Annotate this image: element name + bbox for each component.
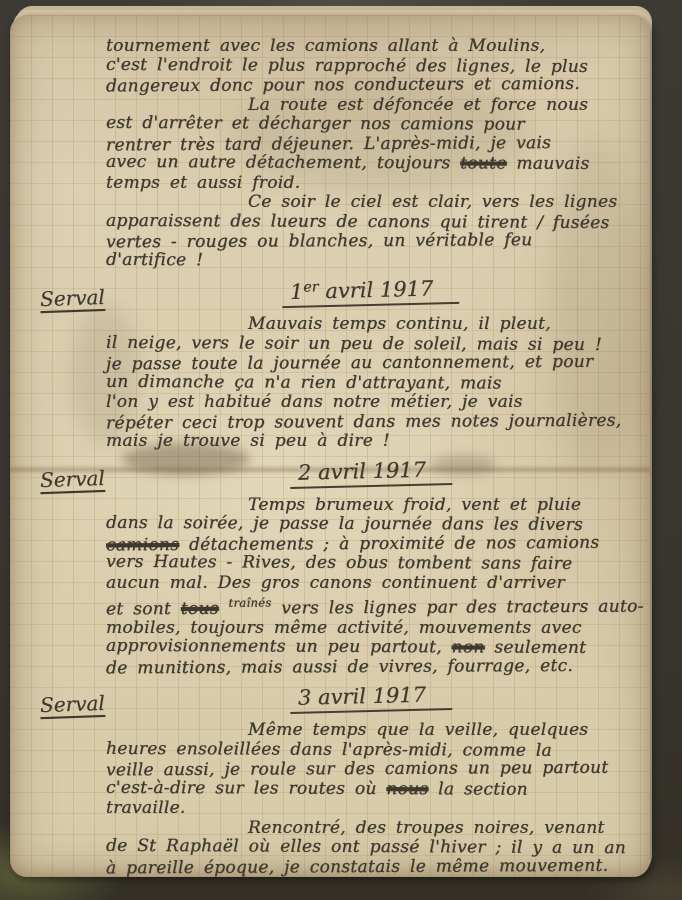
handwritten-line: répéter ceci trop souvent dans mes notes… [106, 411, 636, 433]
handwritten-line: Rencontré, des troupes noires, venant [106, 819, 636, 839]
margin-place-label: Serval [40, 285, 106, 311]
entry-header: Serval1er avril 1917 [106, 278, 636, 312]
entry-header: Serval2 avril 1917 [106, 459, 636, 493]
inserted-word: traînés [228, 596, 271, 610]
handwritten-line: et sont tous traînés vers les lignes par… [106, 592, 636, 620]
handwritten-line: mais je trouve si peu à dire ! [106, 432, 636, 452]
entry-date-heading: 3 avril 1917 [290, 682, 453, 714]
paragraph: Mauvais temps continu, il pleut,il neige… [106, 315, 636, 452]
struck-word: nous [386, 779, 428, 799]
paragraph: Même temps que la veille, quelquesheures… [106, 721, 636, 819]
handwritten-line: l'on y est habitué dans notre métier, je… [106, 393, 636, 413]
paragraph: Ce soir le ciel est clair, vers les lign… [106, 193, 636, 271]
handwritten-line: Même temps que la veille, quelques [106, 721, 636, 741]
handwritten-line: travaille. [106, 799, 636, 819]
paragraph: Temps brumeux froid, vent et pluiedans l… [106, 496, 636, 678]
diary-entry: tournement avec les camions allant à Mou… [106, 37, 636, 271]
paragraph: tournement avec les camions allant à Mou… [106, 37, 636, 96]
entry-header: Serval3 avril 1917 [106, 684, 636, 718]
margin-place-label: Serval [40, 691, 106, 717]
handwritten-line: mobiles, toujours même activité, mouveme… [106, 619, 636, 639]
handwritten-line: Temps brumeux froid, vent et pluie [106, 496, 636, 516]
notebook-photo: tournement avec les camions allant à Mou… [0, 0, 682, 900]
margin-place-label: Serval [40, 465, 106, 491]
diary-page: tournement avec les camions allant à Mou… [10, 15, 650, 877]
paragraph: La route est défoncée et force nousest d… [106, 96, 636, 194]
handwritten-line: avec un autre détachement, toujours tout… [106, 153, 636, 175]
handwritten-line: c'est-à-dire sur les routes où nous la s… [106, 778, 636, 800]
handwritten-line: apparaissent des lueurs de canons qui ti… [106, 211, 636, 233]
handwritten-line: d'artifice ! [106, 250, 636, 272]
handwritten-line: Mauvais temps continu, il pleut, [106, 315, 636, 335]
diary-entry: Serval3 avril 1917Même temps que la veil… [106, 684, 636, 877]
handwritten-line: est d'arrêter et décharger nos camions p… [106, 114, 636, 136]
handwritten-line: un dimanche ça n'a rien d'attrayant, mai… [106, 372, 636, 394]
struck-word: tous [181, 599, 219, 619]
handwritten-line: aucun mal. Des gros canons continuent d'… [106, 574, 636, 594]
handwritten-line: Ce soir le ciel est clair, vers les lign… [106, 193, 636, 213]
handwritten-line: de munitions, mais aussi de vivres, four… [106, 656, 636, 678]
handwritten-line: vers Hautes - Rives, des obus tombent sa… [106, 553, 636, 575]
handwritten-line: La route est défoncée et force nous [106, 96, 636, 116]
diary-entry: Serval2 avril 1917Temps brumeux froid, v… [106, 459, 636, 678]
diary-entries: tournement avec les camions allant à Mou… [10, 15, 650, 877]
diary-entry: Serval1er avril 1917Mauvais temps contin… [106, 278, 636, 452]
paragraph: Rencontré, des troupes noires, venantde … [106, 819, 636, 878]
inserted-word: er [303, 279, 319, 295]
handwritten-line: tournement avec les camions allant à Mou… [106, 37, 636, 57]
struck-word: non [452, 637, 485, 657]
struck-word: toute [460, 153, 507, 173]
handwritten-line: temps et aussi froid. [106, 174, 636, 194]
handwritten-line: dangereux donc pour nos conducteurs et c… [106, 75, 636, 97]
entry-date-heading: 2 avril 1917 [290, 457, 453, 489]
entry-date-heading: 1er avril 1917 [282, 276, 460, 308]
handwritten-line: à pareille époque, je constatais le même… [106, 856, 636, 878]
